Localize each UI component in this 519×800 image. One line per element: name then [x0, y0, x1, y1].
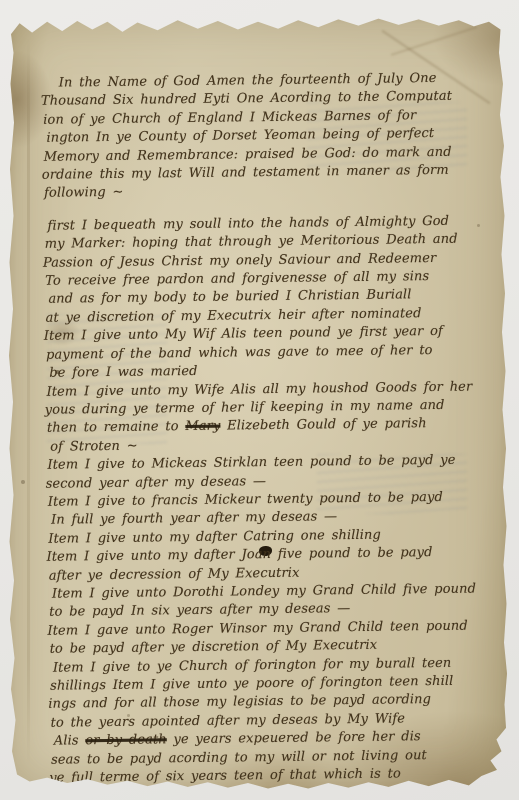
- manuscript-text-segment: Item I give unto my dafter Joan five pou…: [46, 545, 432, 565]
- manuscript-text-segment: Item I give unto my dafter Catring one s…: [48, 527, 381, 546]
- manuscript-text-segment: then to remaine to: [47, 419, 186, 436]
- manuscript-text-segment: yous during ye terme of her lif keeping …: [45, 398, 445, 418]
- paper-corner-crease: [391, 26, 477, 56]
- manuscript-text-segment: ordaine this my last Will and testament …: [42, 163, 449, 183]
- manuscript-text-segment: Item I gave unto Roger Winsor my Grand C…: [47, 618, 467, 638]
- struck-out-text: or by death: [85, 733, 167, 749]
- struck-out-text: Mary: [185, 419, 220, 434]
- manuscript-text-segment: following ~: [44, 185, 124, 201]
- manuscript-text-segment: Item I give unto my Wife Alis all my hou…: [46, 379, 472, 399]
- manuscript-text-segment: and as for my body to be buried I Christ…: [48, 288, 411, 307]
- manuscript-text-segment: my Marker: hoping that through ye Merito…: [45, 232, 458, 252]
- manuscript-text-segment: In the Name of God Amen the fourteenth o…: [59, 71, 437, 91]
- manuscript-text-segment: to be payd after ye discretion of My Exe…: [50, 638, 378, 657]
- paper-stain-speck: [21, 480, 25, 484]
- manuscript-text-segment: Item I give to Mickeas Stirklan teen pou…: [47, 453, 455, 473]
- manuscript-text-segment: of Stroten ~: [50, 438, 138, 454]
- manuscript-text-segment: second year after my deseas —: [46, 474, 267, 492]
- manuscript-text-segment: Item I give unto Dorothi Londey my Grand…: [52, 581, 476, 601]
- manuscript-text-segment: To receive free pardon and forgivenesse …: [45, 269, 429, 289]
- manuscript-text-segment: payment of the band which was gave to me…: [46, 343, 433, 363]
- manuscript-text-segment: ion of ye Church of England I Mickeas Ba…: [43, 108, 416, 128]
- manuscript-text-segment: seas to be payd acording to my will or n…: [51, 748, 427, 768]
- manuscript-text-segment: ings and for all those my legisias to be…: [48, 692, 431, 712]
- manuscript-text-segment: to the years apointed after my deseas by…: [50, 711, 405, 730]
- manuscript-text-segment: Memory and Remembrance: praised be God: …: [44, 144, 452, 164]
- manuscript-text-segment: Item I give to francis Mickeur twenty po…: [48, 490, 443, 510]
- manuscript-text-segment: Elizebeth Gould of ye parish: [220, 416, 426, 434]
- paper-fold-crease: [27, 37, 30, 766]
- manuscript-paper: In the Name of God Amen the fourteenth o…: [7, 14, 509, 790]
- manuscript-text-segment: Thousand Six hundred Eyti One Acording t…: [41, 89, 452, 109]
- manuscript-text-segment: be fore I was maried: [49, 364, 197, 381]
- manuscript-text: In the Name of God Amen the fourteenth o…: [43, 69, 498, 788]
- manuscript-text-segment: shillings Item I give unto ye poore of f…: [50, 674, 453, 694]
- manuscript-text-segment: after ye decression of My Executrix: [49, 565, 300, 583]
- manuscript-text-segment: Passion of Jesus Christ my onely Saviour…: [43, 251, 436, 271]
- manuscript-text-segment: at ye discretion of my Executrix heir af…: [46, 306, 422, 326]
- manuscript-text-segment: ye years expeuered be fore her dis: [167, 729, 421, 747]
- photo-backdrop: In the Name of God Amen the fourteenth o…: [0, 0, 519, 800]
- manuscript-text-segment: Item I give unto My Wif Alis teen pound …: [44, 324, 443, 344]
- manuscript-text-segment: Item I give to ye Church of forington fo…: [53, 655, 452, 675]
- manuscript-text-segment: In full ye fourth year after my deseas —: [51, 510, 337, 528]
- manuscript-text-segment: first I bequeath my soull into the hands…: [47, 214, 449, 234]
- manuscript-text-segment: ington In ye County of Dorset Yeoman bei…: [46, 126, 434, 146]
- manuscript-text-segment: ye full terme of six years teen of that …: [49, 766, 401, 785]
- manuscript-text-segment: to be payd In six years after my deseas …: [49, 601, 350, 620]
- manuscript-text-segment: Alis: [54, 733, 86, 748]
